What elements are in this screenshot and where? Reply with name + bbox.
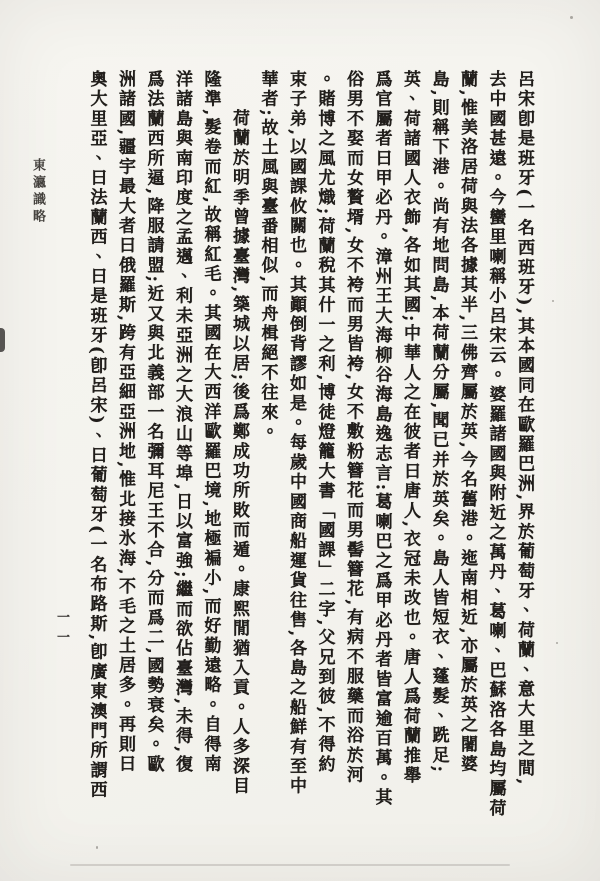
text-column: 爲法蘭西所逼,降服請盟;近又與北義部一名彌耳尼王不合,分而爲二,國勢衰矣。歐	[139, 70, 168, 845]
text-column: 蘭,惟美洛居荷與法各據其半,三佛齊屬於英,今名舊港。迤南相近,亦屬於英之闍婆	[453, 70, 482, 845]
text-column: 洲諸國,疆宇最大者曰俄羅斯,跨有亞細亞洲地,惟北接氷海,不毛之土居多。再則曰	[111, 70, 140, 845]
text-column: 隆準,髮卷而紅,故稱紅毛。其國在大西洋歐羅巴境,地極褊小,而好勤遠略。自得南	[196, 70, 225, 845]
text-column: 華者;故土風與臺番相似,而舟楫絕不往來。	[253, 70, 282, 845]
scan-edge-artifact	[0, 328, 5, 352]
scan-speck	[552, 300, 554, 302]
margin-book-title: 東瀛識略	[28, 158, 47, 226]
page-number: 一一	[52, 610, 71, 650]
text-block: 呂宋卽是班牙(一名西班牙),其本國同在歐羅巴洲,界於葡萄牙、荷蘭、意大里之間,去…	[82, 70, 538, 845]
text-column: 洋諸島與南印度之孟邁、利未亞洲之大浪山等埠,日以富強;繼而欲佔臺灣,未得,復	[168, 70, 197, 845]
scan-speck	[570, 16, 573, 19]
text-column: 束子弟,以國課攸關也。其顚倒背謬如是。每歲中國商船運貨往售,各島之船鮮有至中	[282, 70, 311, 845]
scan-bottom-edge	[70, 864, 510, 866]
scan-speck	[96, 846, 98, 849]
text-column: 奧大里亞、曰法蘭西、曰是班牙(卽呂宋)、曰葡萄牙(一名布路斯,卽廣東澳門所謂西	[82, 70, 111, 845]
text-column: 英、荷諸國人衣飾,各如其國;中華人之在彼者曰唐人,衣冠未改也。唐人爲荷蘭推舉	[396, 70, 425, 845]
text-column: 島,則稱下港。尚有地問島,本荷蘭分屬,聞已并於英矣。島人皆短衣、蓬髮、跣足;	[424, 70, 453, 845]
text-column: 荷蘭於明季曾據臺灣,築城以居;後爲鄭成功所敗而遁。康熙閒猶入貢。人多深目	[225, 70, 254, 845]
text-column: 呂宋卽是班牙(一名西班牙),其本國同在歐羅巴洲,界於葡萄牙、荷蘭、意大里之間,	[510, 70, 539, 845]
text-column: 爲官屬者曰甲必丹。漳州王大海柳谷海島逸志言:葛喇巴之爲甲必丹者皆富逾百萬。其	[367, 70, 396, 845]
text-column: 去中國甚遠。今蠻里喇稱小呂宋云。婆羅諸國與附近之萬丹、葛喇、巴蘇洛各島均屬荷	[481, 70, 510, 845]
text-column: 。賭博之風尤熾;荷蘭稅其什一之利,博徒燈籠大書「國課」二字,父兄到彼,不得約	[310, 70, 339, 845]
text-column: 俗男不娶而女贅壻,女不袴而男皆袴,女不敷粉簪花而男髻簪花,有病不服藥而浴於河	[339, 70, 368, 845]
scan-speck	[556, 642, 558, 644]
book-page-scan: 東瀛識略 一一 呂宋卽是班牙(一名西班牙),其本國同在歐羅巴洲,界於葡萄牙、荷蘭…	[0, 0, 600, 881]
